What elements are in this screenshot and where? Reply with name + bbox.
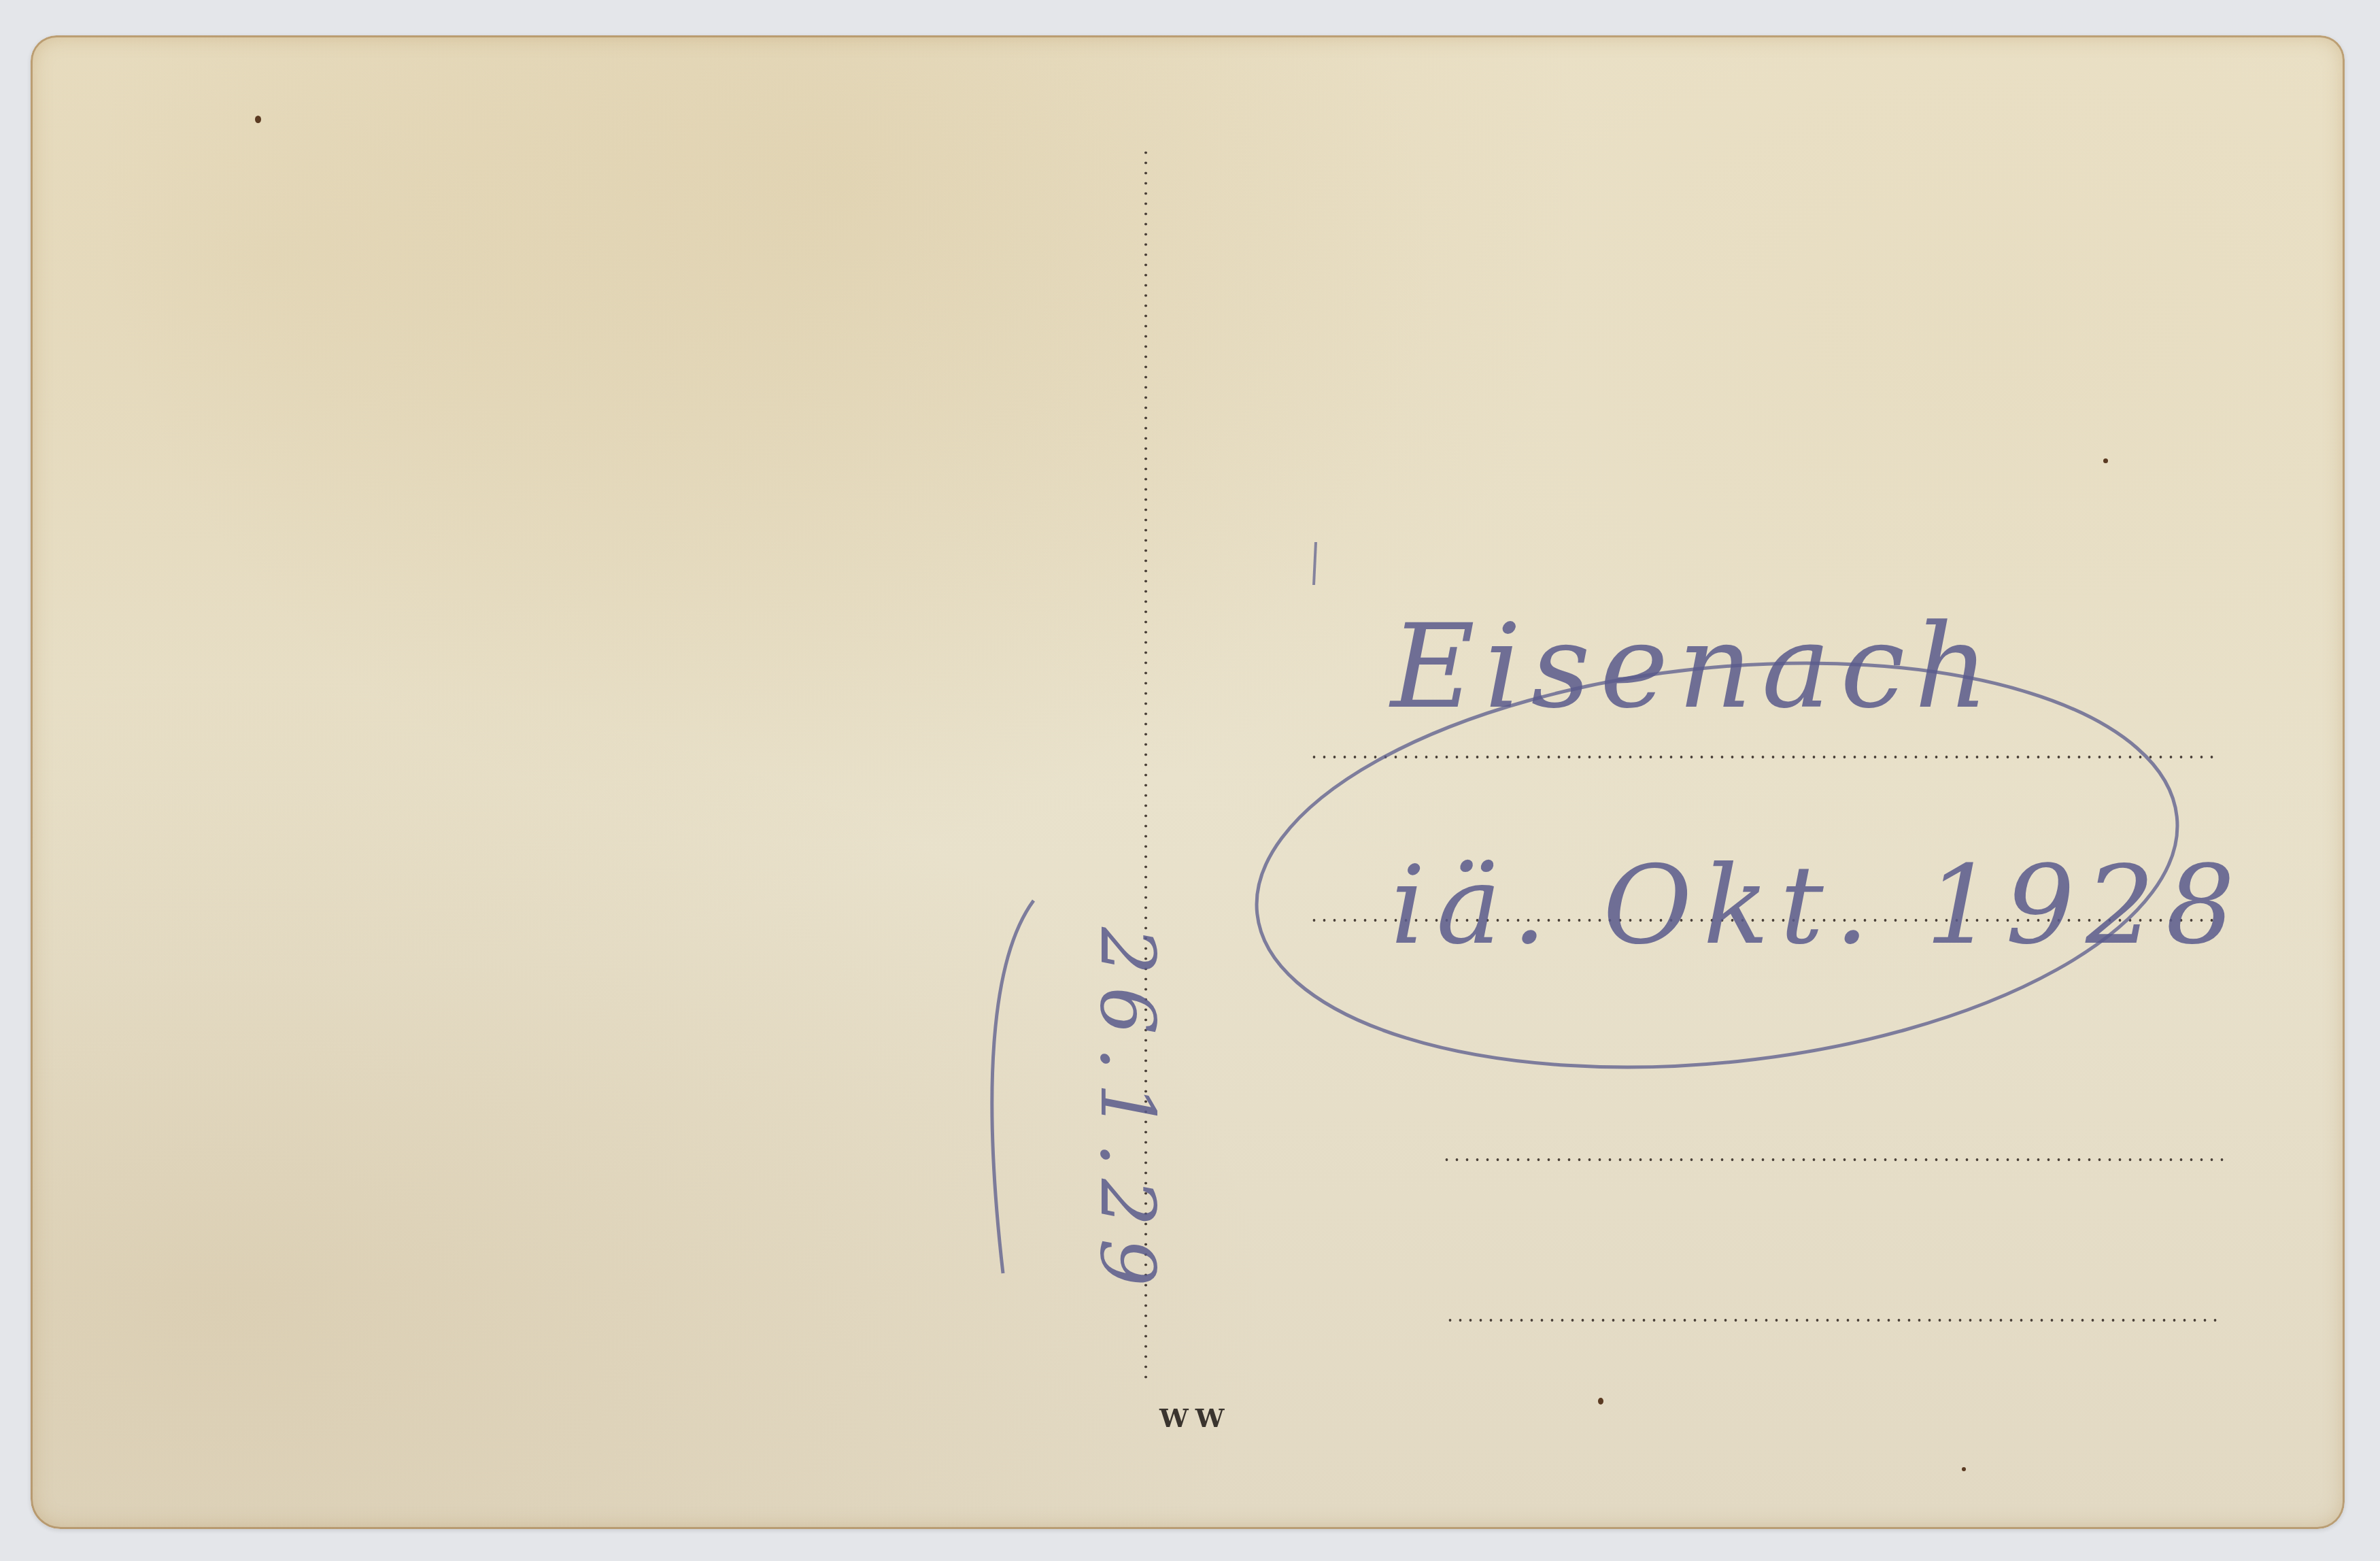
pencil-tick bbox=[1314, 542, 1316, 585]
postcard: WW Eisenach iä. Okt. 1928 26.1.29 bbox=[31, 35, 2345, 1529]
pencil-circle bbox=[1236, 621, 2197, 1110]
pencil-arc bbox=[992, 901, 1034, 1273]
pencil-marks bbox=[31, 35, 2345, 1529]
